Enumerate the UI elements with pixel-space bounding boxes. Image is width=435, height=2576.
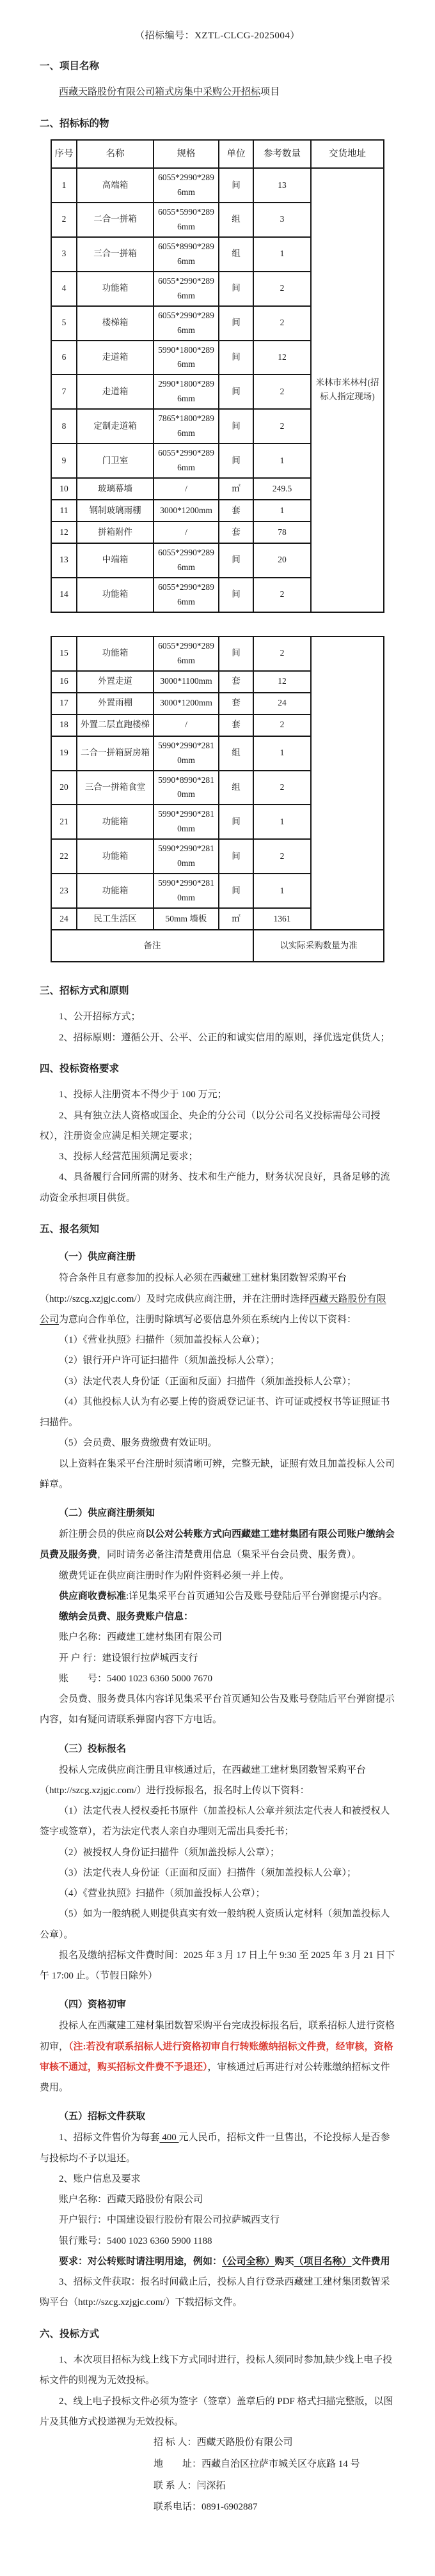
table-cell: 2 bbox=[253, 771, 311, 805]
text-run: 4、具备履行合同所需的财务、技术和生产能力，财务状况良好，具备足够的流动资金承担… bbox=[40, 1172, 390, 1203]
table-cell: 二合一拼箱厨房箱 bbox=[77, 736, 154, 771]
table-cell: 2 bbox=[253, 636, 311, 671]
table-cell: 功能箱 bbox=[77, 636, 154, 671]
table-cell: 外置雨棚 bbox=[77, 693, 154, 714]
intro-section: 一、项目名称西藏天路股份有限公司箱式房集中采购公开招标项目二、招标标的物 bbox=[40, 57, 395, 133]
text-run: 2、线上电子投标文件必须为签字（签章）盖章后的 PDF 格式扫描完整版，以图片及… bbox=[40, 2396, 393, 2427]
paragraph: 投标人在西藏建工建材集团数智采购平台完成投标报名后，联系招标人进行资格初审，（注… bbox=[40, 2016, 395, 2098]
table-cell: 10 bbox=[51, 478, 77, 500]
table-cell: 3000*1100mm bbox=[154, 671, 219, 693]
text-run: 1、本次项目招标为线上线下方式同时进行，投标人须同时参加,缺少线上电子投标文件的… bbox=[40, 2355, 392, 2386]
table-cell: 间 bbox=[219, 341, 253, 375]
paragraph: （5）会员费、服务费缴费有效证明。 bbox=[40, 1433, 395, 1453]
delivery-address-cell: 米林市米林村(招标人指定现场) bbox=[311, 168, 384, 612]
note-label-cell: 备注 bbox=[51, 930, 253, 962]
table-cell: 13 bbox=[253, 168, 311, 203]
table-cell: 1 bbox=[253, 874, 311, 908]
text-run: 1、投标人注册资本不得少于 100 万元； bbox=[59, 1090, 227, 1100]
table-cell: 6055*2990*2896mm bbox=[154, 543, 219, 578]
paragraph: 符合条件且有意参加的投标人必须在西藏建工建材集团数智采购平台（http://sz… bbox=[40, 1268, 395, 1330]
paragraph: 1、招标文件售价为每套 400 元人民币，招标文件一旦售出，不论投标人是否参与投… bbox=[40, 2127, 395, 2169]
goods-table-part1: 序号名称规格单位参考数量交货地址1高端箱6055*2990*2896mm间13米… bbox=[51, 139, 384, 613]
table-cell: 民工生活区 bbox=[77, 908, 154, 930]
text-run: 开户银行：中国建设银行股份有限公司拉萨城西支行 bbox=[59, 2215, 280, 2225]
table-cell: 5990*2990*2810mm bbox=[154, 736, 219, 771]
table-cell: 8 bbox=[51, 409, 77, 443]
table-cell: 3 bbox=[51, 237, 77, 272]
text-run: 投标人完成供应商注册且审核通过后，在西藏建工建材集团数智采购平台（http://… bbox=[40, 1765, 366, 1796]
table-cell: 16 bbox=[51, 671, 77, 693]
text-run: 会员费、服务费具体内容详见集采平台首页通知公告及账号登陆后平台弹窗提示内容，如有… bbox=[40, 1694, 395, 1725]
table-cell: 12 bbox=[253, 341, 311, 375]
table-cell: 间 bbox=[219, 805, 253, 839]
text-run: 为意向合作单位，注册时除填写必要信息外须在系统内上传以下资料： bbox=[59, 1315, 356, 1325]
text-run: 2、具有独立法人资格或国企、央企的分公司（以分公司名义投标需母公司授权），注册资… bbox=[40, 1111, 381, 1141]
text-run: 新注册会员的供应商 bbox=[59, 1529, 145, 1539]
text-run: 三、招标方式和原则 bbox=[40, 985, 129, 996]
table-header-row: 序号名称规格单位参考数量交货地址 bbox=[51, 140, 384, 168]
table-cell: 20 bbox=[51, 771, 77, 805]
table-cell: / bbox=[154, 521, 219, 543]
text-run: 报名及缴纳招标文件费时间：2025 年 3 月 17 日上午 9:30 至 20… bbox=[40, 1950, 395, 1981]
paragraph: 4、具备履行合同所需的财务、技术和生产能力，财务状况良好，具备足够的流动资金承担… bbox=[40, 1167, 395, 1208]
text-run: 四、投标资格要求 bbox=[40, 1063, 119, 1074]
text-run: （2）被授权人身份证扫描件（须加盖投标人公章）； bbox=[59, 1847, 280, 1858]
table-cell: 走道箱 bbox=[77, 341, 154, 375]
text-run: 西藏天路股份有限公司箱式房集中采购公开招标 bbox=[59, 87, 260, 97]
table-cell: 1 bbox=[253, 237, 311, 272]
table-cell: 功能箱 bbox=[77, 805, 154, 839]
delivery-address-cell bbox=[311, 636, 384, 930]
text-run: （4）其他投标人认为有必要上传的资质登记证书、许可证或授权书等证照证书扫描件。 bbox=[40, 1397, 390, 1428]
section-heading: 六、投标方式 bbox=[40, 2325, 395, 2343]
table-cell: 间 bbox=[219, 578, 253, 612]
column-header: 序号 bbox=[51, 140, 77, 168]
text-run: （2）银行开户许可证扫描件（须加盖投标人公章）； bbox=[59, 1355, 280, 1366]
text-run: 符合条件且有意参加的投标人必须在西藏建工建材集团数智采购平台（http://sz… bbox=[40, 1273, 347, 1304]
table-cell: 高端箱 bbox=[77, 168, 154, 203]
paragraph: 2、具有独立法人资格或国企、央企的分公司（以分公司名义投标需母公司授权），注册资… bbox=[40, 1106, 395, 1147]
table-cell: 套 bbox=[219, 714, 253, 736]
table-cell: 定制走道箱 bbox=[77, 409, 154, 443]
paragraph: 1、公开招标方式； bbox=[40, 1006, 395, 1027]
text-run: 400 bbox=[160, 2133, 179, 2143]
table-cell: 间 bbox=[219, 543, 253, 578]
table-cell: ㎡ bbox=[219, 908, 253, 930]
table-cell: 套 bbox=[219, 500, 253, 521]
table-cell: 1361 bbox=[253, 908, 311, 930]
table-cell: 2 bbox=[253, 272, 311, 306]
column-header: 名称 bbox=[77, 140, 154, 168]
text-run: 银行账号：5400 1023 6360 5900 1188 bbox=[59, 2236, 212, 2246]
table-cell: 套 bbox=[219, 671, 253, 693]
table-cell: 6055*2990*2896mm bbox=[154, 272, 219, 306]
table-cell: 2 bbox=[51, 203, 77, 237]
paragraph: （3）法定代表人身份证（正面和反面）扫描件（须加盖投标人公章）； bbox=[40, 1371, 395, 1392]
paragraph: （2）银行开户许可证扫描件（须加盖投标人公章）； bbox=[40, 1350, 395, 1371]
table-cell: 间 bbox=[219, 168, 253, 203]
column-header: 参考数量 bbox=[253, 140, 311, 168]
table-cell: 组 bbox=[219, 203, 253, 237]
column-header: 交货地址 bbox=[311, 140, 384, 168]
table-row: 15功能箱6055*2990*2896mm间2 bbox=[51, 636, 384, 671]
sub-heading: （三）投标报名 bbox=[40, 1739, 395, 1759]
text-run: 五、报名须知 bbox=[40, 1224, 99, 1235]
paragraph: 要求：对公转账时请注明用途，例如：（公司全称）购买（项目名称）文件费用 bbox=[40, 2251, 395, 2272]
text-run: :详见集采平台首页通知公告及账号登陆后平台弹窗提示内容。 bbox=[126, 1591, 388, 1601]
table-cell: 3000*1200mm bbox=[154, 693, 219, 714]
table-cell: 17 bbox=[51, 693, 77, 714]
table-cell: 14 bbox=[51, 578, 77, 612]
table-cell: 三合一拼箱 bbox=[77, 237, 154, 272]
table-cell: 2 bbox=[253, 578, 311, 612]
table-cell: 3 bbox=[253, 203, 311, 237]
table-cell: 6055*8990*2896mm bbox=[154, 237, 219, 272]
section-heading: 一、项目名称 bbox=[40, 57, 395, 75]
table-cell: 15 bbox=[51, 636, 77, 671]
text-run: 1、招标文件售价为每套 bbox=[59, 2133, 160, 2143]
table-cell: 249.5 bbox=[253, 478, 311, 500]
note-value-cell: 以实际采购数量为准 bbox=[253, 930, 384, 962]
table-cell: 功能箱 bbox=[77, 578, 154, 612]
table-cell: 楼梯箱 bbox=[77, 306, 154, 341]
table-cell: 6055*2990*2896mm bbox=[154, 578, 219, 612]
contact-line: 联 系 人：闫深拓 bbox=[154, 2476, 395, 2497]
text-run: 账户名称：西藏天路股份有限公司 bbox=[59, 2194, 203, 2205]
table-cell: 1 bbox=[253, 736, 311, 771]
table-cell: 20 bbox=[253, 543, 311, 578]
text-run: （一）供应商注册 bbox=[59, 1252, 136, 1262]
paragraph: 开 户 行：建设银行拉萨城西支行 bbox=[40, 1648, 395, 1669]
paragraph: 会员费、服务费具体内容详见集采平台首页通知公告及账号登陆后平台弹窗提示内容，如有… bbox=[40, 1689, 395, 1731]
paragraph: 缴费凭证在供应商注册时作为附件资料必须一并上传。 bbox=[40, 1566, 395, 1586]
table-cell: 11 bbox=[51, 500, 77, 521]
table-cell: 2990*1800*2896mm bbox=[154, 374, 219, 409]
text-run: （3）法定代表人身份证（正面和反面）扫描件（须加盖投标人公章）； bbox=[59, 1868, 356, 1878]
sub-heading: （一）供应商注册 bbox=[40, 1247, 395, 1267]
table-cell: 外置二层直跑楼梯 bbox=[77, 714, 154, 736]
section-heading: 五、报名须知 bbox=[40, 1220, 395, 1238]
text-run: 缴纳会员费、服务费账户信息： bbox=[59, 1612, 193, 1622]
paragraph: （4）其他投标人认为有必要上传的资质登记证书、许可证或授权书等证照证书扫描件。 bbox=[40, 1392, 395, 1433]
table-cell: 玻璃幕墙 bbox=[77, 478, 154, 500]
table-cell: 功能箱 bbox=[77, 272, 154, 306]
paragraph: （4）《营业执照》扫描件（须加盖投标人公章）； bbox=[40, 1883, 395, 1904]
table-cell: 组 bbox=[219, 736, 253, 771]
table-cell: 中端箱 bbox=[77, 543, 154, 578]
text-run: 账户名称：西藏建工建材集团有限公司 bbox=[59, 1632, 222, 1642]
table-cell: 套 bbox=[219, 521, 253, 543]
text-run: 项目 bbox=[260, 87, 280, 97]
table-row: 1高端箱6055*2990*2896mm间13米林市米林村(招标人指定现场) bbox=[51, 168, 384, 203]
table-cell: 4 bbox=[51, 272, 77, 306]
table-cell: 三合一拼箱食堂 bbox=[77, 771, 154, 805]
page-break-gap bbox=[40, 613, 395, 629]
text-run: （5）会员费、服务费缴费有效证明。 bbox=[59, 1438, 217, 1448]
contact-line: 招 标 人：西藏天路股份有限公司 bbox=[154, 2432, 395, 2454]
paragraph: 1、本次项目招标为线上线下方式同时进行，投标人须同时参加,缺少线上电子投标文件的… bbox=[40, 2350, 395, 2391]
table-cell: 外置走道 bbox=[77, 671, 154, 693]
paragraph: 缴纳会员费、服务费账户信息： bbox=[40, 1607, 395, 1627]
paragraph: 3、招标文件获取：报名时间截止后，投标人自行登录西藏建工建材集团数智采购平台（h… bbox=[40, 2272, 395, 2313]
table-cell: 间 bbox=[219, 272, 253, 306]
paragraph: （5）如为一般纳税人则提供真实有效一般纳税人资质认定材料（须加盖投标人公章）。 bbox=[40, 1904, 395, 1945]
paragraph: 2、账户信息及要求 bbox=[40, 2169, 395, 2189]
table-cell: 21 bbox=[51, 805, 77, 839]
table-cell: 1 bbox=[253, 500, 311, 521]
table-cell: 二合一拼箱 bbox=[77, 203, 154, 237]
table-cell: 组 bbox=[219, 771, 253, 805]
table-cell: 组 bbox=[219, 237, 253, 272]
table-cell: 78 bbox=[253, 521, 311, 543]
paragraph: （3）法定代表人身份证（正面和反面）扫描件（须加盖投标人公章）； bbox=[40, 1863, 395, 1883]
table-cell: 2 bbox=[253, 714, 311, 736]
table-cell: 24 bbox=[51, 908, 77, 930]
table-cell: 间 bbox=[219, 306, 253, 341]
table-cell: 12 bbox=[51, 521, 77, 543]
table-cell: 23 bbox=[51, 874, 77, 908]
table-cell: 钢制玻璃雨棚 bbox=[77, 500, 154, 521]
table-cell: 功能箱 bbox=[77, 839, 154, 874]
sub-heading: （五）招标文件获取 bbox=[40, 2107, 395, 2126]
table-cell: 1 bbox=[51, 168, 77, 203]
text-run: （1）法定代表人授权委托书原件（加盖投标人公章并须法定代表人和被授权人签字或签章… bbox=[40, 1806, 390, 1837]
table-cell: 间 bbox=[219, 636, 253, 671]
contact-line: 地 址：西藏自治区拉萨市城关区夺底路 14 号 bbox=[154, 2454, 395, 2476]
text-run: 招 标 人：西藏天路股份有限公司 bbox=[154, 2437, 293, 2448]
table-cell: 拼箱附件 bbox=[77, 521, 154, 543]
table-cell: 5990*1800*2896mm bbox=[154, 341, 219, 375]
paragraph: （1）法定代表人授权委托书原件（加盖投标人公章并须法定代表人和被授权人签字或签章… bbox=[40, 1801, 395, 1842]
text-run: （4）《营业执照》扫描件（须加盖投标人公章）； bbox=[59, 1888, 265, 1899]
section-heading: 四、投标资格要求 bbox=[40, 1060, 395, 1078]
paragraph: 开户银行：中国建设银行股份有限公司拉萨城西支行 bbox=[40, 2210, 395, 2230]
table-cell: 5990*2990*2810mm bbox=[154, 805, 219, 839]
text-run: （1）《营业执照》扫描件（须加盖投标人公章）； bbox=[59, 1335, 265, 1345]
table-cell: 5 bbox=[51, 306, 77, 341]
paragraph: 投标人完成供应商注册且审核通过后，在西藏建工建材集团数智采购平台（http://… bbox=[40, 1760, 395, 1801]
table-cell: 6 bbox=[51, 341, 77, 375]
table-cell: 间 bbox=[219, 874, 253, 908]
table-cell: 2 bbox=[253, 306, 311, 341]
table-cell: 2 bbox=[253, 409, 311, 443]
text-run: （3）法定代表人身份证（正面和反面）扫描件（须加盖投标人公章）； bbox=[59, 1377, 356, 1387]
sub-heading: （二）供应商注册须知 bbox=[40, 1504, 395, 1523]
paragraph: 新注册会员的供应商以公对公转账方式向西藏建工建材集团有限公司账户缴纳会员费及服务… bbox=[40, 1524, 395, 1566]
table-cell: 套 bbox=[219, 693, 253, 714]
table-cell: 18 bbox=[51, 714, 77, 736]
text-run: 2、账户信息及要求 bbox=[59, 2174, 141, 2184]
table-cell: 5990*2990*2810mm bbox=[154, 874, 219, 908]
table-cell: 走道箱 bbox=[77, 374, 154, 409]
table-cell: 50mm 墙板 bbox=[154, 908, 219, 930]
paragraph: 1、投标人注册资本不得少于 100 万元； bbox=[40, 1084, 395, 1105]
table-cell: 24 bbox=[253, 693, 311, 714]
text-run: （项目名称） bbox=[294, 2256, 352, 2267]
paragraph: 账户名称：西藏建工建材集团有限公司 bbox=[40, 1627, 395, 1647]
text-run: 缴费凭证在供应商注册时作为附件资料必须一并上传。 bbox=[59, 1571, 289, 1581]
table-cell: 12 bbox=[253, 671, 311, 693]
text-run: 联系电话：0891-6902887 bbox=[154, 2502, 258, 2512]
table-cell: 7 bbox=[51, 374, 77, 409]
table-cell: 间 bbox=[219, 374, 253, 409]
paragraph: （2）被授权人身份证扫描件（须加盖投标人公章）； bbox=[40, 1842, 395, 1863]
text-run: （二）供应商注册须知 bbox=[59, 1508, 155, 1518]
paragraph: （1）《营业执照》扫描件（须加盖投标人公章）； bbox=[40, 1330, 395, 1350]
table-cell: 6055*2990*2896mm bbox=[154, 636, 219, 671]
text-run: （五）招标文件获取 bbox=[59, 2111, 145, 2122]
column-header: 单位 bbox=[219, 140, 253, 168]
text-run: 开 户 行：建设银行拉萨城西支行 bbox=[59, 1653, 198, 1663]
table-cell: 门卫室 bbox=[77, 443, 154, 478]
text-run: 1、公开招标方式； bbox=[59, 1012, 141, 1022]
goods-table-part1-mount: 序号名称规格单位参考数量交货地址1高端箱6055*2990*2896mm间13米… bbox=[40, 139, 395, 613]
paragraph: 2、线上电子投标文件必须为签字（签章）盖章后的 PDF 格式扫描完整版，以图片及… bbox=[40, 2391, 395, 2433]
table-cell: 7865*1800*2896mm bbox=[154, 409, 219, 443]
text-run: 文件费用 bbox=[352, 2256, 390, 2267]
table-cell: / bbox=[154, 478, 219, 500]
tender-ref-number: （招标编号：XZTL-CLCG-2025004） bbox=[40, 28, 395, 42]
body-section: 三、招标方式和原则1、公开招标方式；2、招标原则：遵循公开、公平、公正的和诚实信… bbox=[40, 982, 395, 2518]
text-run: 六、投标方式 bbox=[40, 2329, 99, 2340]
table-cell: 19 bbox=[51, 736, 77, 771]
text-run: 联 系 人：闫深拓 bbox=[154, 2481, 226, 2491]
table-cell: 2 bbox=[253, 839, 311, 874]
text-run: 购买 bbox=[275, 2256, 294, 2267]
text-run: ，同时请务必备注清楚费用信息（集采平台会员费、服务费）。 bbox=[97, 1550, 361, 1560]
text-run: 一、项目名称 bbox=[40, 61, 99, 72]
table-cell: 3000*1200mm bbox=[154, 500, 219, 521]
text-run: （5）如为一般纳税人则提供真实有效一般纳税人资质认定材料（须加盖投标人公章）。 bbox=[40, 1909, 390, 1940]
table-cell: 5990*8990*2810mm bbox=[154, 771, 219, 805]
table-cell: 6055*5990*2896mm bbox=[154, 203, 219, 237]
table-cell: 1 bbox=[253, 805, 311, 839]
table-cell: 间 bbox=[219, 409, 253, 443]
table-cell: 6055*2990*2896mm bbox=[154, 168, 219, 203]
text-run: 3、投标人经营范围须满足要求； bbox=[59, 1152, 198, 1162]
goods-table-part2-mount: 15功能箱6055*2990*2896mm间216外置走道3000*1100mm… bbox=[40, 636, 395, 962]
contact-line: 联系电话：0891-6902887 bbox=[154, 2497, 395, 2518]
text-run: 3、招标文件获取：报名时间截止后，投标人自行登录西藏建工建材集团数智采购平台（h… bbox=[40, 2277, 390, 2308]
table-cell: 6055*2990*2896mm bbox=[154, 443, 219, 478]
table-cell: 13 bbox=[51, 543, 77, 578]
document-page: （招标编号：XZTL-CLCG-2025004） 一、项目名称西藏天路股份有限公… bbox=[0, 0, 435, 2576]
table-cell: 2 bbox=[253, 374, 311, 409]
column-header: 规格 bbox=[154, 140, 219, 168]
paragraph: 报名及缴纳招标文件费时间：2025 年 3 月 17 日上午 9:30 至 20… bbox=[40, 1945, 395, 1987]
section-heading: 二、招标标的物 bbox=[40, 114, 395, 133]
text-run: （四）资格初审 bbox=[59, 2000, 126, 2010]
paragraph: 以上资料在集采平台注册时须清晰可辨，完整无缺，证照有效且加盖投标人公司鲜章。 bbox=[40, 1454, 395, 1495]
table-cell: 间 bbox=[219, 839, 253, 874]
table-cell: 1 bbox=[253, 443, 311, 478]
text-run: 要求：对公转账时请注明用途，例如： bbox=[59, 2256, 222, 2267]
note-row: 备注以实际采购数量为准 bbox=[51, 930, 384, 962]
goods-table-part2: 15功能箱6055*2990*2896mm间216外置走道3000*1100mm… bbox=[51, 636, 384, 962]
text-run: 供应商收费标准 bbox=[59, 1591, 126, 1601]
table-cell: 6055*2990*2896mm bbox=[154, 306, 219, 341]
section-heading: 三、招标方式和原则 bbox=[40, 982, 395, 1000]
sub-heading: （四）资格初审 bbox=[40, 1995, 395, 2014]
text-run: 账 号：5400 1023 6360 5000 7670 bbox=[59, 1674, 212, 1684]
text-run: 以上资料在集采平台注册时须清晰可辨，完整无缺，证照有效且加盖投标人公司鲜章。 bbox=[40, 1459, 395, 1490]
paragraph: 西藏天路股份有限公司箱式房集中采购公开招标项目 bbox=[40, 82, 395, 102]
text-run: 二、招标标的物 bbox=[40, 118, 109, 129]
paragraph: 银行账号：5400 1023 6360 5900 1188 bbox=[40, 2231, 395, 2251]
paragraph: 账 号：5400 1023 6360 5000 7670 bbox=[40, 1669, 395, 1689]
text-run: （三）投标报名 bbox=[59, 1744, 126, 1754]
table-cell: 9 bbox=[51, 443, 77, 478]
table-cell: 5990*2990*2810mm bbox=[154, 839, 219, 874]
table-cell: 22 bbox=[51, 839, 77, 874]
paragraph: 2、招标原则：遵循公开、公平、公正的和诚实信用的原则，择优选定供货人； bbox=[40, 1028, 395, 1048]
paragraph: 3、投标人经营范围须满足要求； bbox=[40, 1146, 395, 1167]
text-run: 地 址：西藏自治区拉萨市城关区夺底路 14 号 bbox=[154, 2459, 360, 2469]
paragraph: 账户名称：西藏天路股份有限公司 bbox=[40, 2189, 395, 2210]
text-run: （公司全称） bbox=[222, 2256, 275, 2267]
table-cell: ㎡ bbox=[219, 478, 253, 500]
table-cell: 功能箱 bbox=[77, 874, 154, 908]
text-run: 2、招标原则：遵循公开、公平、公正的和诚实信用的原则，择优选定供货人； bbox=[59, 1033, 390, 1043]
paragraph: 供应商收费标准:详见集采平台首页通知公告及账号登陆后平台弹窗提示内容。 bbox=[40, 1586, 395, 1607]
table-cell: / bbox=[154, 714, 219, 736]
table-cell: 间 bbox=[219, 443, 253, 478]
